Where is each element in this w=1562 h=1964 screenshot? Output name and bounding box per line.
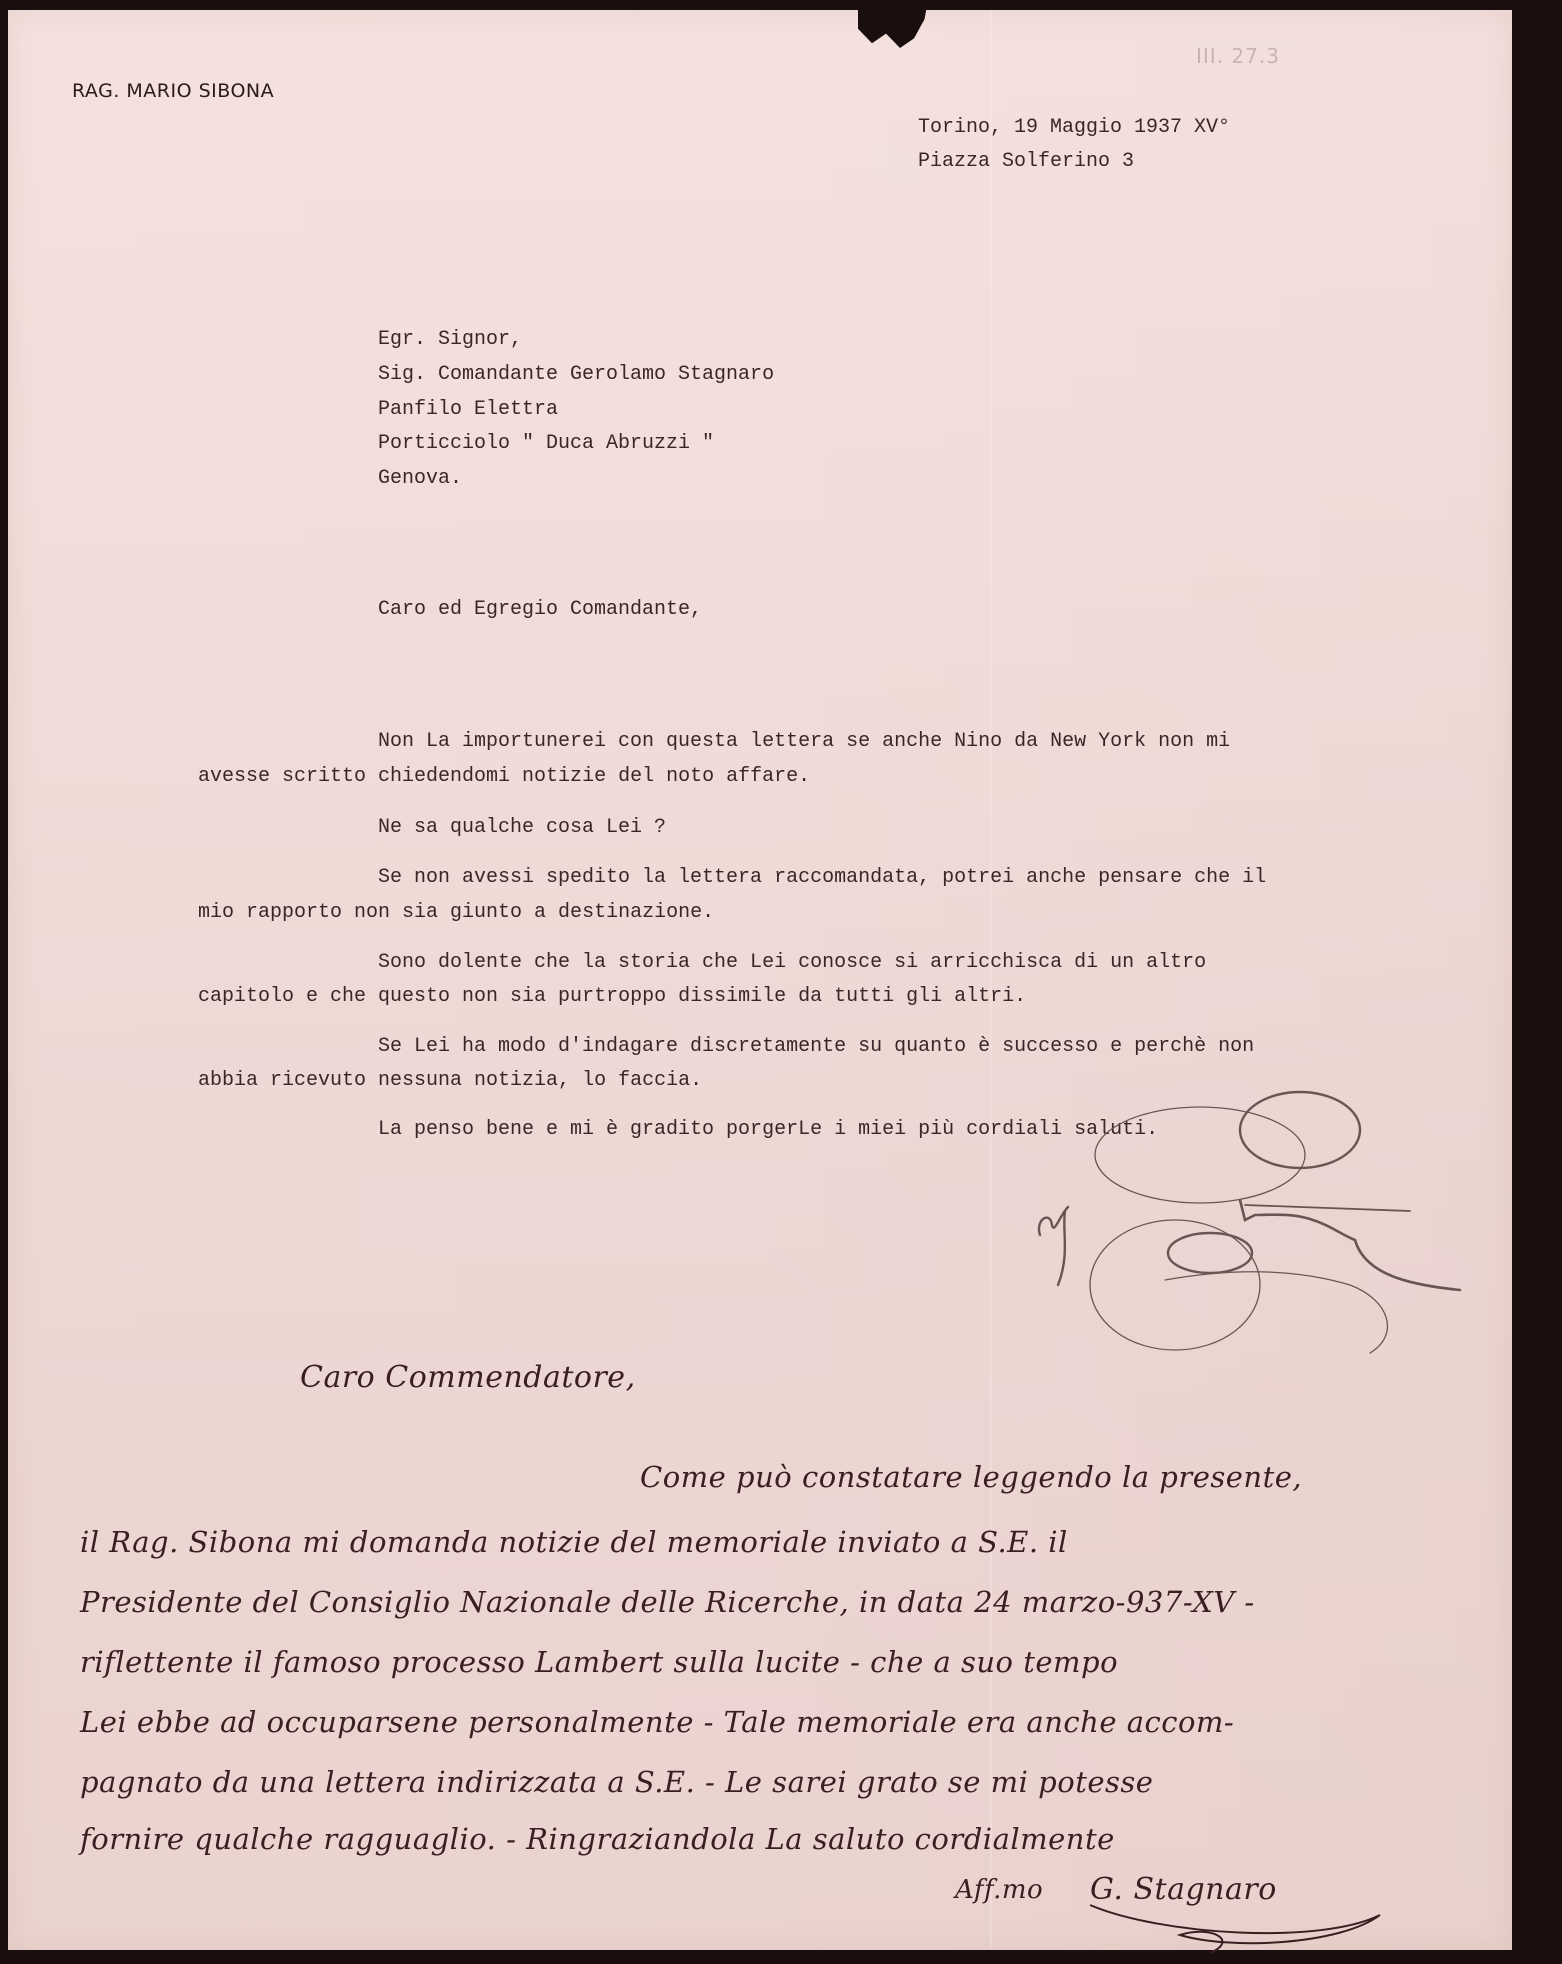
letterhead: RAG. MARIO SIBONA bbox=[72, 80, 274, 102]
body-line: Se non avessi spedito la lettera raccoma… bbox=[378, 868, 1266, 888]
body-line: Ne sa qualche cosa Lei ? bbox=[378, 818, 666, 838]
handwritten-line: fornire qualche ragguaglio. - Ringrazian… bbox=[80, 1822, 1115, 1856]
handwritten-line: Lei ebbe ad occuparsene personalmente - … bbox=[80, 1705, 1234, 1739]
signature-flourish-icon bbox=[1080, 1895, 1400, 1955]
body-line: capitolo e che questo non sia purtroppo … bbox=[198, 987, 1026, 1007]
handwritten-closing: Aff.mo bbox=[955, 1875, 1043, 1905]
place-date: Torino, 19 Maggio 1937 XV° bbox=[918, 118, 1230, 138]
salutation: Caro ed Egregio Comandante, bbox=[378, 600, 702, 620]
body-line: mio rapporto non sia giunto a destinazio… bbox=[198, 903, 714, 923]
recipient-line: Panfilo Elettra bbox=[378, 400, 558, 420]
body-line: Se Lei ha modo d'indagare discretamente … bbox=[378, 1037, 1254, 1057]
recipient-line: Sig. Comandante Gerolamo Stagnaro bbox=[378, 365, 774, 385]
sender-address: Piazza Solferino 3 bbox=[918, 152, 1134, 172]
body-line: Sono dolente che la storia che Lei conos… bbox=[378, 953, 1206, 973]
handwritten-line: Come può constatare leggendo la presente… bbox=[640, 1460, 1302, 1494]
handwritten-line: il Rag. Sibona mi domanda notizie del me… bbox=[80, 1525, 1068, 1559]
archive-mark: III. 27.3 bbox=[1196, 44, 1280, 68]
body-line: abbia ricevuto nessuna notizia, lo facci… bbox=[198, 1071, 702, 1091]
recipient-line: Porticciolo " Duca Abruzzi " bbox=[378, 434, 714, 454]
paper-tear-right bbox=[1524, 240, 1562, 320]
handwritten-line: Presidente del Consiglio Nazionale delle… bbox=[80, 1585, 1255, 1619]
handwritten-line: pagnato da una lettera indirizzata a S.E… bbox=[80, 1765, 1153, 1799]
body-line: Non La importunerei con questa lettera s… bbox=[378, 732, 1230, 752]
sibona-signature-icon bbox=[990, 1085, 1510, 1355]
handwritten-salutation: Caro Commendatore, bbox=[300, 1360, 636, 1395]
recipient-line: Egr. Signor, bbox=[378, 330, 522, 350]
recipient-line: Genova. bbox=[378, 469, 462, 489]
handwritten-line: riflettente il famoso processo Lambert s… bbox=[80, 1645, 1118, 1679]
body-line: avesse scritto chiedendomi notizie del n… bbox=[198, 767, 810, 787]
